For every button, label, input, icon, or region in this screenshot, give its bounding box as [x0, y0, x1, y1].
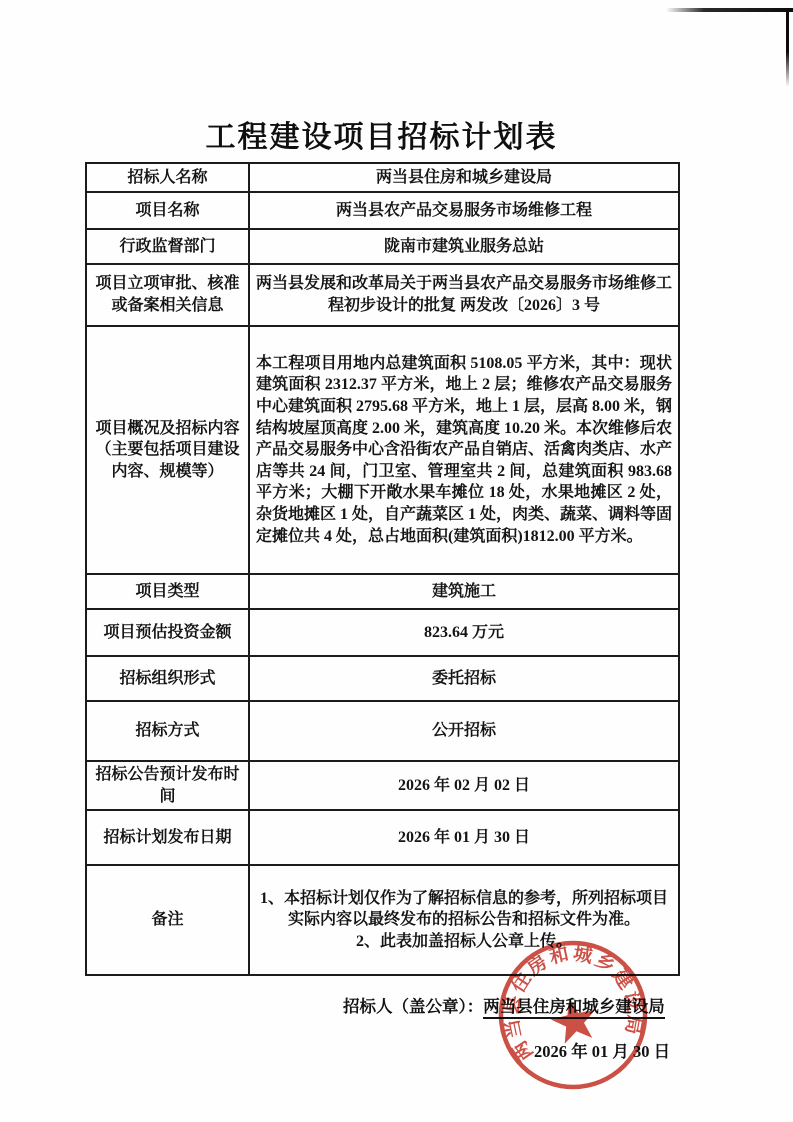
signature-date: 2026 年 01 月 30 日	[534, 1038, 670, 1062]
row-value-announcement-date: 2026 年 02 月 02 日	[249, 761, 679, 810]
row-label-bidder-name: 招标人名称	[86, 163, 249, 192]
scan-edge-artifact-right	[786, 9, 789, 87]
row-value-remarks: 1、本招标计划仅作为了解招标信息的参考，所列招标项目实际内容以最终发布的招标公告…	[249, 865, 679, 975]
row-value-project-type: 建筑施工	[249, 574, 679, 609]
row-label-supervisory-dept: 行政监督部门	[86, 229, 249, 264]
row-label-project-name: 项目名称	[86, 192, 249, 229]
row-label-project-overview: 项目概况及招标内容（主要包括项目建设内容、规模等）	[86, 326, 249, 574]
table-row: 招标组织形式 委托招标	[86, 656, 679, 701]
row-label-project-type: 项目类型	[86, 574, 249, 609]
row-value-organization-form: 委托招标	[249, 656, 679, 701]
table-row: 招标方式 公开招标	[86, 701, 679, 761]
signer-name: 两当县住房和城乡建设局	[483, 997, 665, 1019]
tender-plan-table: 招标人名称 两当县住房和城乡建设局 项目名称 两当县农产品交易服务市场维修工程 …	[85, 162, 680, 976]
row-value-bidding-method: 公开招标	[249, 701, 679, 761]
row-value-project-name: 两当县农产品交易服务市场维修工程	[249, 192, 679, 229]
row-label-approval-info: 项目立项审批、核准或备案相关信息	[86, 264, 249, 326]
row-label-estimated-investment: 项目预估投资金额	[86, 609, 249, 656]
table-row: 项目立项审批、核准或备案相关信息 两当县发展和改革局关于两当县农产品交易服务市场…	[86, 264, 679, 326]
table-row: 招标人名称 两当县住房和城乡建设局	[86, 163, 679, 192]
table-row: 招标公告预计发布时间 2026 年 02 月 02 日	[86, 761, 679, 810]
row-label-plan-publish-date: 招标计划发布日期	[86, 810, 249, 865]
page-title: 工程建设项目招标计划表	[85, 112, 678, 156]
table-row: 项目名称 两当县农产品交易服务市场维修工程	[86, 192, 679, 229]
table-row: 行政监督部门 陇南市建筑业服务总站	[86, 229, 679, 264]
row-label-organization-form: 招标组织形式	[86, 656, 249, 701]
scanned-document-page: 工程建设项目招标计划表 招标人名称 两当县住房和城乡建设局 项目名称 两当县农产…	[0, 0, 793, 1122]
table-row: 备注 1、本招标计划仅作为了解招标信息的参考，所列招标项目实际内容以最终发布的招…	[86, 865, 679, 975]
row-label-bidding-method: 招标方式	[86, 701, 249, 761]
table-row: 项目预估投资金额 823.64 万元	[86, 609, 679, 656]
row-label-announcement-date: 招标公告预计发布时间	[86, 761, 249, 810]
signer-label: 招标人（盖公章）：	[343, 997, 483, 1016]
table-row: 项目概况及招标内容（主要包括项目建设内容、规模等） 本工程项目用地内总建筑面积 …	[86, 326, 679, 574]
table-row: 项目类型 建筑施工	[86, 574, 679, 609]
row-value-plan-publish-date: 2026 年 01 月 30 日	[249, 810, 679, 865]
signature-line: 招标人（盖公章）：两当县住房和城乡建设局	[343, 993, 665, 1017]
row-value-project-overview: 本工程项目用地内总建筑面积 5108.05 平方米，其中：现状建筑面积 2312…	[249, 326, 679, 574]
row-label-remarks: 备注	[86, 865, 249, 975]
row-value-bidder-name: 两当县住房和城乡建设局	[249, 163, 679, 192]
scan-edge-artifact-top	[666, 8, 793, 12]
table-row: 招标计划发布日期 2026 年 01 月 30 日	[86, 810, 679, 865]
row-value-estimated-investment: 823.64 万元	[249, 609, 679, 656]
row-value-supervisory-dept: 陇南市建筑业服务总站	[249, 229, 679, 264]
row-value-approval-info: 两当县发展和改革局关于两当县农产品交易服务市场维修工程初步设计的批复 两发改〔2…	[249, 264, 679, 326]
